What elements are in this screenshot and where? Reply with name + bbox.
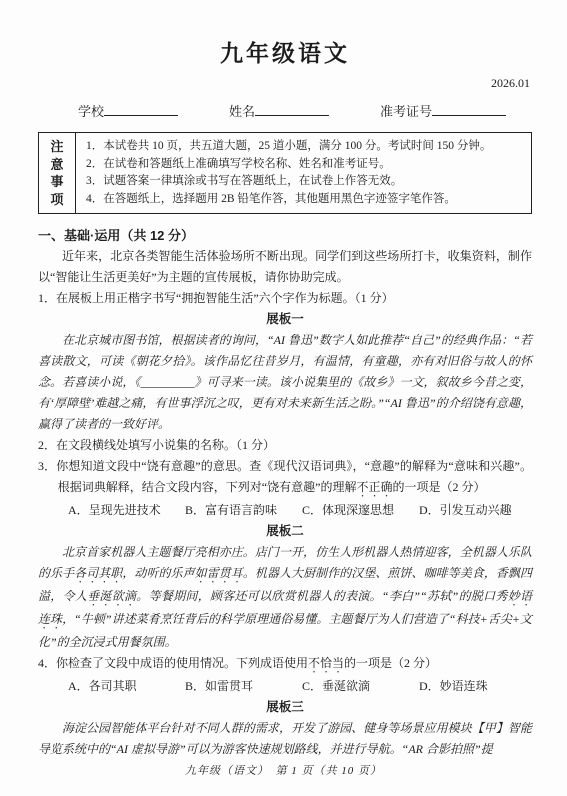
page-title: 九年级语文 [38,40,532,68]
school-label: 学校 [78,104,104,119]
question-3-options: A．呈现先进技术 B．富有语言韵味 C．体现深邃思想 D．引发互动兴趣 [38,500,532,521]
school-field: 学校 [78,103,178,121]
section-heading: 一、基础·运用（共 12 分） [38,226,532,246]
notice-label-char: 注 [50,138,63,156]
panel-1-heading: 展板一 [38,309,532,330]
panel-2-text: 北京首家机器人主题餐厅亮相亦庄。店门一开，仿生人形机器人热情迎客，全机器人乐队的… [38,542,532,653]
notice-label: 注 意 事 项 [39,133,76,213]
exam-no-blank [432,103,506,116]
option-a: A．各司其职 [68,676,185,697]
panel-2-heading: 展板二 [38,521,532,542]
student-info-row: 学校 姓名 准考证号 [38,103,532,121]
notice-item: 3．试题答案一律填涂或书写在答题纸上，在试卷上作答无效。 [86,173,521,191]
notice-label-char: 项 [50,191,63,209]
panel-1-text: 在北京城市图书馆，根据读者的询问，“AI 鲁迅”数字人如此推荐“自己”的经典作品… [38,330,532,435]
question-1: 1．在展板上用正楷字书写“拥抱智能生活”六个字作为标题。（1 分） [38,288,532,309]
option-c: C．垂涎欲滴 [302,676,419,697]
name-blank [255,103,329,116]
option-c: C．体现深邃思想 [302,500,419,521]
exam-no-label: 准考证号 [380,104,432,119]
notice-label-char: 事 [50,173,63,191]
notice-item: 4．在答题纸上，选择题用 2B 铅笔作答，其他题用黑色字迹签字笔作答。 [86,191,521,209]
page-footer: 九年级（语文） 第 1 页（共 10 页） [0,762,567,778]
notice-item: 1．本试卷共 10 页，共五道大题，25 道小题，满分 100 分。考试时间 1… [86,138,521,156]
exam-paper-page: 九年级语文 2026.01 学校 姓名 准考证号 注 意 事 项 1．本试卷共 … [0,0,567,760]
exam-date: 2026.01 [38,76,532,91]
question-4: 4．你检查了文段中成语的使用情况。下列成语使用不恰当的一项是（2 分） [38,653,532,676]
question-2: 2．在文段横线处填写小说集的名称。（1 分） [38,435,532,456]
notice-box: 注 意 事 项 1．本试卷共 10 页，共五道大题，25 道小题，满分 100 … [38,132,532,214]
name-field: 姓名 [229,103,329,121]
panel-3-text: 海淀公园智能体平台针对不同人群的需求，开发了游园、健身等场景应用模块【甲】智能导… [38,718,532,760]
notice-item: 2．在试卷和答题纸上准确填写学校名称、姓名和准考证号。 [86,156,521,174]
option-b: B．如雷贯耳 [185,676,302,697]
question-4-options: A．各司其职 B．如雷贯耳 C．垂涎欲滴 D．妙语连珠 [38,676,532,697]
section-intro: 近年来，北京各类智能生活体验场所不断出现。同学们到这些场所打卡，收集资料，制作以… [38,246,532,288]
panel-3-heading: 展板三 [38,697,532,718]
question-3: 3．你想知道文段中“饶有意趣”的意思。查《现代汉语词典》，“意趣”的解释为“意味… [38,456,532,500]
notice-label-char: 意 [50,156,63,174]
name-label: 姓名 [229,104,255,119]
exam-no-field: 准考证号 [380,103,506,121]
notice-items: 1．本试卷共 10 页，共五道大题，25 道小题，满分 100 分。考试时间 1… [76,133,531,213]
school-blank [104,103,178,116]
option-d: D．妙语连珠 [419,676,488,697]
option-b: B．富有语言韵味 [185,500,302,521]
option-a: A．呈现先进技术 [68,500,185,521]
option-d: D．引发互动兴趣 [419,500,512,521]
